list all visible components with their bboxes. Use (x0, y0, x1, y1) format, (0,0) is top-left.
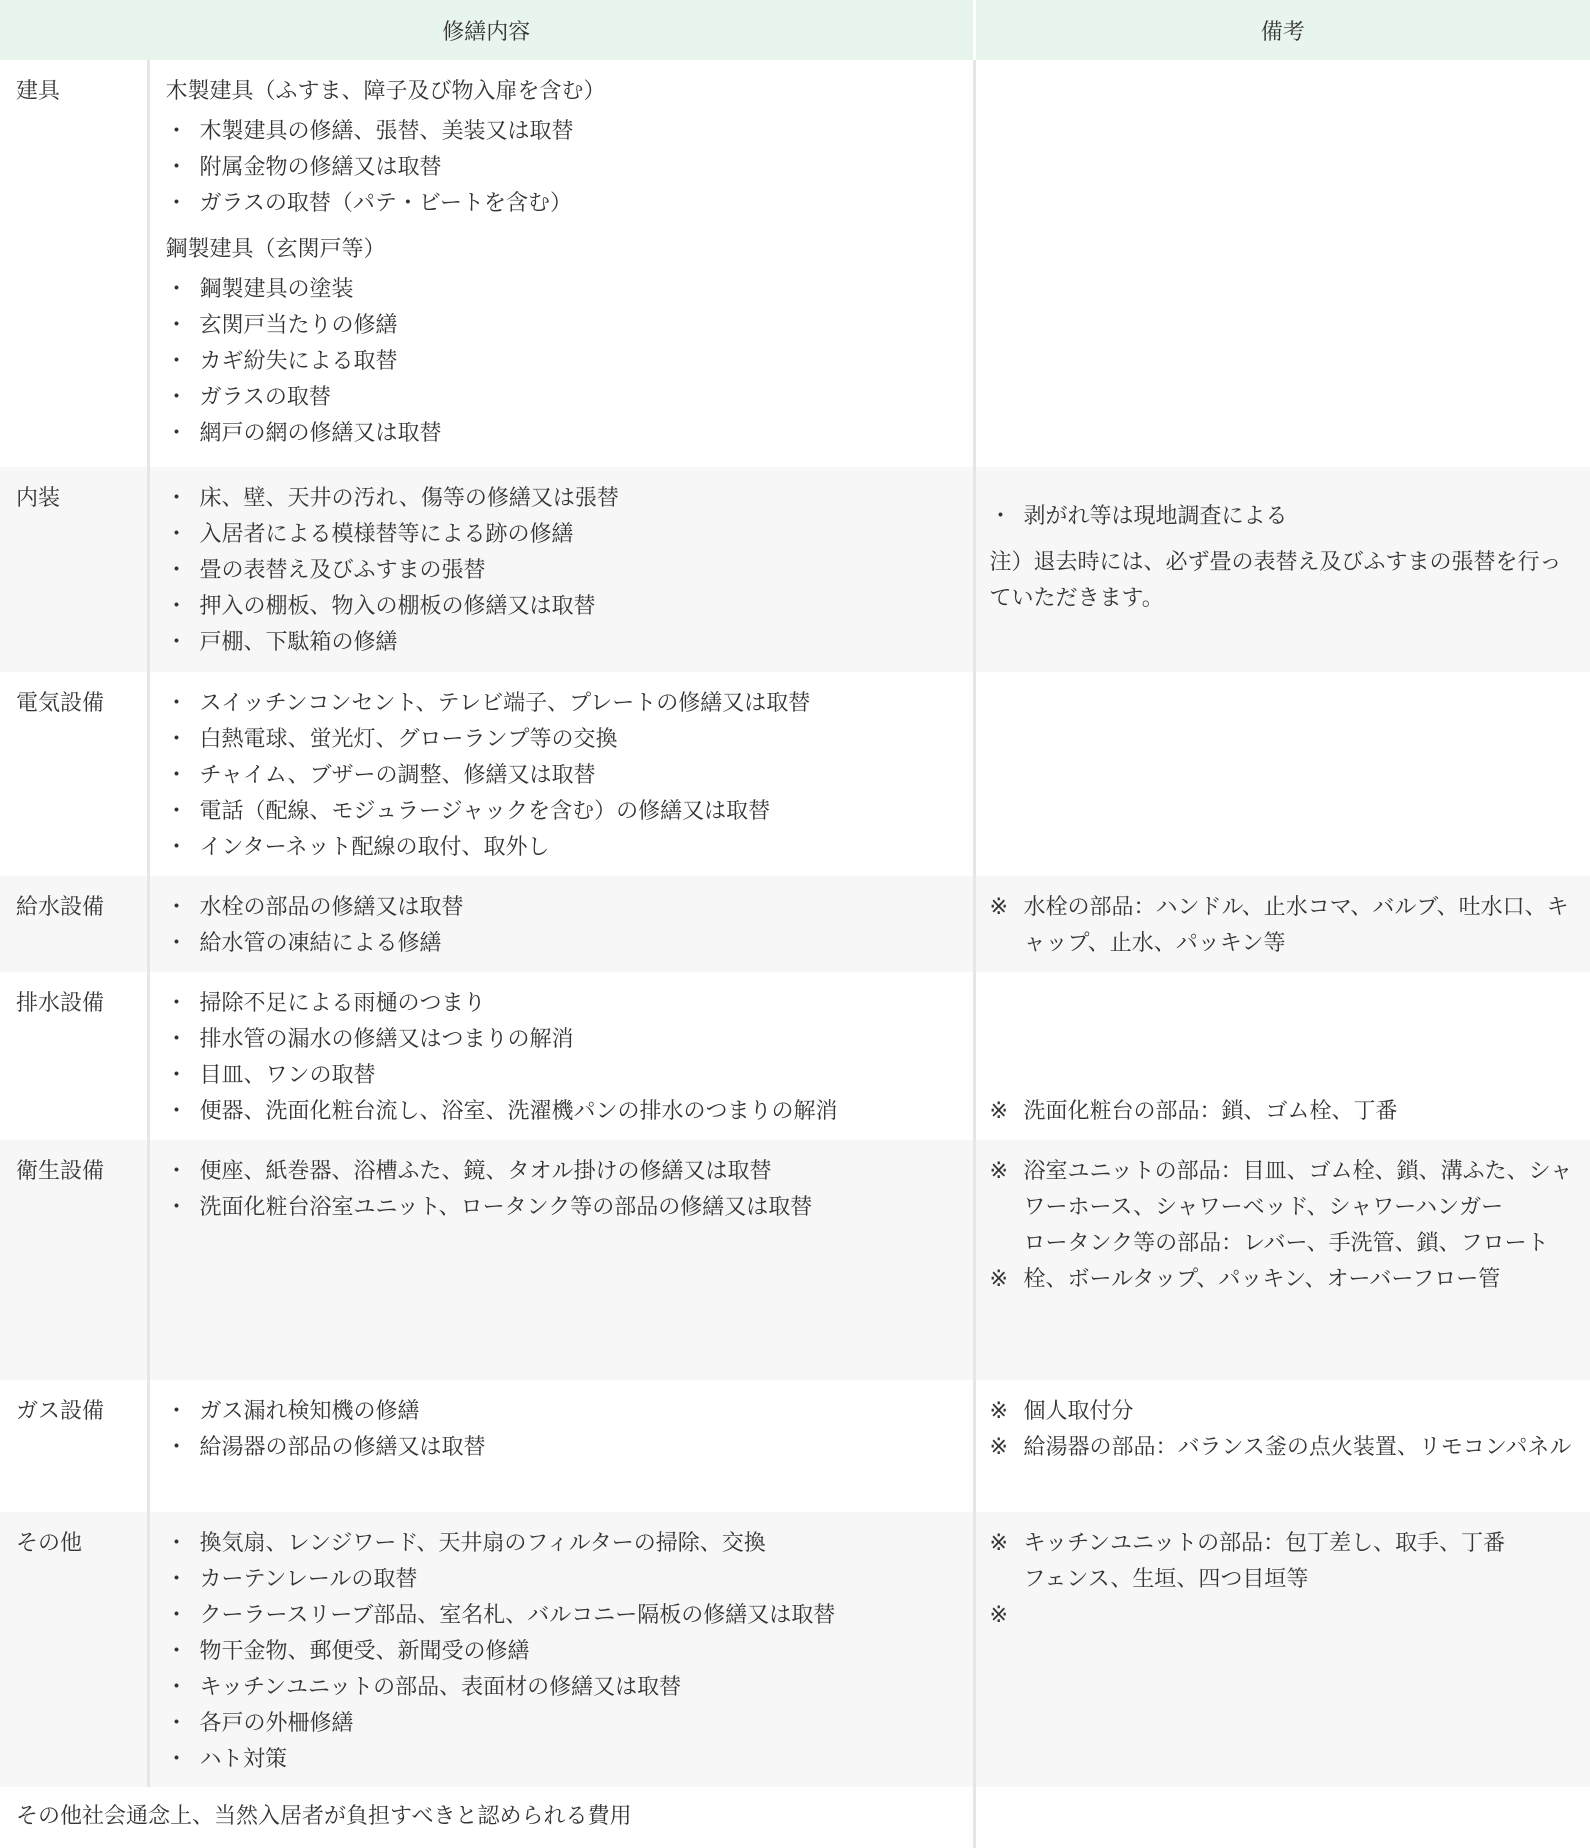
list-item: 排水管の漏水の修繕又はつまりの解消 (166, 1022, 963, 1058)
note-item: ※ 給湯器の部品：バランス釜の点火装置、リモコンパネル (990, 1430, 1577, 1466)
list-item: 各戸の外柵修繕 (166, 1706, 963, 1742)
list-item: ガラスの取替 (166, 380, 963, 416)
list-item: 附属金物の修繕又は取替 (166, 150, 963, 186)
list-item: 床、壁、天井の汚れ、傷等の修繕又は張替 (166, 481, 963, 517)
list-item: 畳の表替え及びふすまの張替 (166, 553, 963, 589)
list-item: チャイム、ブザーの調整、修繕又は取替 (166, 758, 963, 794)
group-title: 木製建具（ふすま、障子及び物入扉を含む） (166, 74, 963, 110)
reference-mark-icon: ※ (990, 1430, 1008, 1466)
note-bullet: 剥がれ等は現地調査による (990, 499, 1577, 535)
note-item: ※ 浴室ユニットの部品：目皿、ゴム栓、鎖、溝ふた、シャワーホース、シャワーベッド… (990, 1154, 1577, 1226)
notes-cell: 剥がれ等は現地調査による 注）退去時には、必ず畳の表替え及びふすまの張替を行って… (974, 467, 1590, 672)
other-costs-text: その他社会通念上、当然入居者が負担すべきと認められる費用 (0, 1787, 974, 1848)
list-item: カーテンレールの取替 (166, 1562, 963, 1598)
reference-mark-icon: ※ (990, 1154, 1008, 1190)
group-wooden-fittings: 木製建具（ふすま、障子及び物入扉を含む） 木製建具の修繕、張替、美装又は取替 附… (166, 74, 963, 222)
list-item: 目皿、ワンの取替 (166, 1058, 963, 1094)
list-item: 物干金物、郵便受、新聞受の修繕 (166, 1634, 963, 1670)
group-steel-fittings: 鋼製建具（玄関戸等） 鋼製建具の塗装 玄関戸当たりの修繕 カギ紛失による取替 ガ… (166, 232, 963, 452)
list-item: 白熱電球、蛍光灯、グローランプ等の交換 (166, 722, 963, 758)
list-item: 水栓の部品の修繕又は取替 (166, 890, 963, 926)
list-item: 押入の棚板、物入の棚板の修繕又は取替 (166, 589, 963, 625)
list-item: 玄関戸当たりの修繕 (166, 308, 963, 344)
table-row-drainage: 排水設備 掃除不足による雨樋のつまり 排水管の漏水の修繕又はつまりの解消 目皿、… (0, 972, 1590, 1140)
repair-table: 修繕内容 備考 建具 木製建具（ふすま、障子及び物入扉を含む） 木製建具の修繕、… (0, 0, 1590, 1848)
notes-cell: ※ 洗面化粧台の部品：鎖、ゴム栓、丁番 (974, 972, 1590, 1140)
list-item: ガラスの取替（パテ・ビートを含む） (166, 186, 963, 222)
note-text: 個人取付分 (1024, 1399, 1134, 1424)
note-text: 注）退去時には、必ず畳の表替え及びふすまの張替を行っていただきます。 (990, 545, 1577, 617)
list-item: ハト対策 (166, 1742, 963, 1778)
repair-content: ガス漏れ検知機の修繕 給湯器の部品の修繕又は取替 (148, 1380, 974, 1512)
list-item: 木製建具の修繕、張替、美装又は取替 (166, 114, 963, 150)
list-item: 電話（配線、モジュラージャックを含む）の修繕又は取替 (166, 794, 963, 830)
list-item: 網戸の網の修繕又は取替 (166, 416, 963, 452)
note-text: 水栓の部品：ハンドル、止水コマ、バルブ、吐水口、キャップ、止水、パッキン等 (1024, 895, 1569, 956)
reference-mark-icon: ※ (990, 890, 1008, 926)
category-label: その他 (0, 1512, 148, 1787)
note-item: ※ 水栓の部品：ハンドル、止水コマ、バルブ、吐水口、キャップ、止水、パッキン等 (990, 890, 1577, 962)
notes-cell: ※ 個人取付分 ※ 給湯器の部品：バランス釜の点火装置、リモコンパネル (974, 1380, 1590, 1512)
repair-content: 床、壁、天井の汚れ、傷等の修繕又は張替 入居者による模様替等による跡の修繕 畳の… (148, 467, 974, 672)
note-text: 浴室ユニットの部品：目皿、ゴム栓、鎖、溝ふた、シャワーホース、シャワーベッド、シ… (1024, 1159, 1573, 1220)
category-label: 衛生設備 (0, 1140, 148, 1380)
category-label: 給水設備 (0, 876, 148, 972)
repair-content: 便座、紙巻器、浴槽ふた、鏡、タオル掛けの修繕又は取替 洗面化粧台浴室ユニット、ロ… (148, 1140, 974, 1380)
category-label: 電気設備 (0, 672, 148, 876)
list-item: インターネット配線の取付、取外し (166, 830, 963, 866)
note-text: ロータンク等の部品：レバー、手洗管、鎖、フロート栓、ボールタップ、パッキン、オー… (1024, 1231, 1549, 1292)
repair-content: 木製建具（ふすま、障子及び物入扉を含む） 木製建具の修繕、張替、美装又は取替 附… (148, 60, 974, 467)
group-title: 鋼製建具（玄関戸等） (166, 232, 963, 268)
list-item: ガス漏れ検知機の修繕 (166, 1394, 963, 1430)
list-item: 便座、紙巻器、浴槽ふた、鏡、タオル掛けの修繕又は取替 (166, 1154, 963, 1190)
note-item: ※ キッチンユニットの部品：包丁差し、取手、丁番 (990, 1526, 1577, 1562)
notes-cell (974, 1787, 1590, 1848)
note-item: ※ 個人取付分 (990, 1394, 1577, 1430)
reference-mark-icon: ※ (990, 1094, 1008, 1130)
repair-content: スイッチンコンセント、テレビ端子、プレートの修繕又は取替 白熱電球、蛍光灯、グロ… (148, 672, 974, 876)
notes-cell (974, 672, 1590, 876)
category-label: 建具 (0, 60, 148, 467)
notes-cell: ※ キッチンユニットの部品：包丁差し、取手、丁番 ※ フェンス、生垣、四つ目垣等 (974, 1512, 1590, 1787)
reference-mark-icon: ※ (990, 1526, 1008, 1562)
note-item: ※ フェンス、生垣、四つ目垣等 (990, 1562, 1577, 1598)
list-item: 給水管の凍結による修繕 (166, 926, 963, 962)
note-text: キッチンユニットの部品：包丁差し、取手、丁番 (1024, 1531, 1506, 1556)
list-item: 入居者による模様替等による跡の修繕 (166, 517, 963, 553)
list-item: クーラースリーブ部品、室名札、バルコニー隔板の修繕又は取替 (166, 1598, 963, 1634)
table-row-other-costs: その他社会通念上、当然入居者が負担すべきと認められる費用 (0, 1787, 1590, 1848)
reference-mark-icon: ※ (990, 1598, 1008, 1634)
note-text: フェンス、生垣、四つ目垣等 (1024, 1567, 1309, 1592)
notes-cell (974, 60, 1590, 467)
note-item: ※ 洗面化粧台の部品：鎖、ゴム栓、丁番 (990, 1094, 1577, 1130)
header-notes: 備考 (974, 0, 1590, 60)
list-item: 洗面化粧台浴室ユニット、ロータンク等の部品の修繕又は取替 (166, 1190, 963, 1226)
table-row-interior: 内装 床、壁、天井の汚れ、傷等の修繕又は張替 入居者による模様替等による跡の修繕… (0, 467, 1590, 672)
repair-content: 掃除不足による雨樋のつまり 排水管の漏水の修繕又はつまりの解消 目皿、ワンの取替… (148, 972, 974, 1140)
table-row-electrical: 電気設備 スイッチンコンセント、テレビ端子、プレートの修繕又は取替 白熱電球、蛍… (0, 672, 1590, 876)
note-item: ※ ロータンク等の部品：レバー、手洗管、鎖、フロート栓、ボールタップ、パッキン、… (990, 1226, 1577, 1298)
list-item: 換気扇、レンジワード、天井扇のフィルターの掃除、交換 (166, 1526, 963, 1562)
category-label: 排水設備 (0, 972, 148, 1140)
table-row-other: その他 換気扇、レンジワード、天井扇のフィルターの掃除、交換 カーテンレールの取… (0, 1512, 1590, 1787)
list-item: 鋼製建具の塗装 (166, 272, 963, 308)
table-row-sanitary: 衛生設備 便座、紙巻器、浴槽ふた、鏡、タオル掛けの修繕又は取替 洗面化粧台浴室ユ… (0, 1140, 1590, 1380)
notes-cell: ※ 水栓の部品：ハンドル、止水コマ、バルブ、吐水口、キャップ、止水、パッキン等 (974, 876, 1590, 972)
category-label: ガス設備 (0, 1380, 148, 1512)
list-item: キッチンユニットの部品、表面材の修繕又は取替 (166, 1670, 963, 1706)
note-text: 洗面化粧台の部品：鎖、ゴム栓、丁番 (1024, 1099, 1398, 1124)
table-row-fittings: 建具 木製建具（ふすま、障子及び物入扉を含む） 木製建具の修繕、張替、美装又は取… (0, 60, 1590, 467)
repair-content: 水栓の部品の修繕又は取替 給水管の凍結による修繕 (148, 876, 974, 972)
list-item: 給湯器の部品の修繕又は取替 (166, 1430, 963, 1466)
table-row-water-supply: 給水設備 水栓の部品の修繕又は取替 給水管の凍結による修繕 ※ 水栓の部品：ハン… (0, 876, 1590, 972)
reference-mark-icon: ※ (990, 1262, 1008, 1298)
list-item: スイッチンコンセント、テレビ端子、プレートの修繕又は取替 (166, 686, 963, 722)
category-label: 内装 (0, 467, 148, 672)
reference-mark-icon: ※ (990, 1394, 1008, 1430)
list-item: カギ紛失による取替 (166, 344, 963, 380)
repair-content: 換気扇、レンジワード、天井扇のフィルターの掃除、交換 カーテンレールの取替 クー… (148, 1512, 974, 1787)
table-row-gas: ガス設備 ガス漏れ検知機の修繕 給湯器の部品の修繕又は取替 ※ 個人取付分 ※ … (0, 1380, 1590, 1512)
note-text: 給湯器の部品：バランス釜の点火装置、リモコンパネル (1024, 1435, 1572, 1460)
list-item: 戸棚、下駄箱の修繕 (166, 625, 963, 661)
notes-cell: ※ 浴室ユニットの部品：目皿、ゴム栓、鎖、溝ふた、シャワーホース、シャワーベッド… (974, 1140, 1590, 1380)
list-item: 便器、洗面化粧台流し、浴室、洗濯機パンの排水のつまりの解消 (166, 1094, 963, 1130)
header-repair-content: 修繕内容 (0, 0, 974, 60)
list-item: 掃除不足による雨樋のつまり (166, 986, 963, 1022)
table-header-row: 修繕内容 備考 (0, 0, 1590, 60)
